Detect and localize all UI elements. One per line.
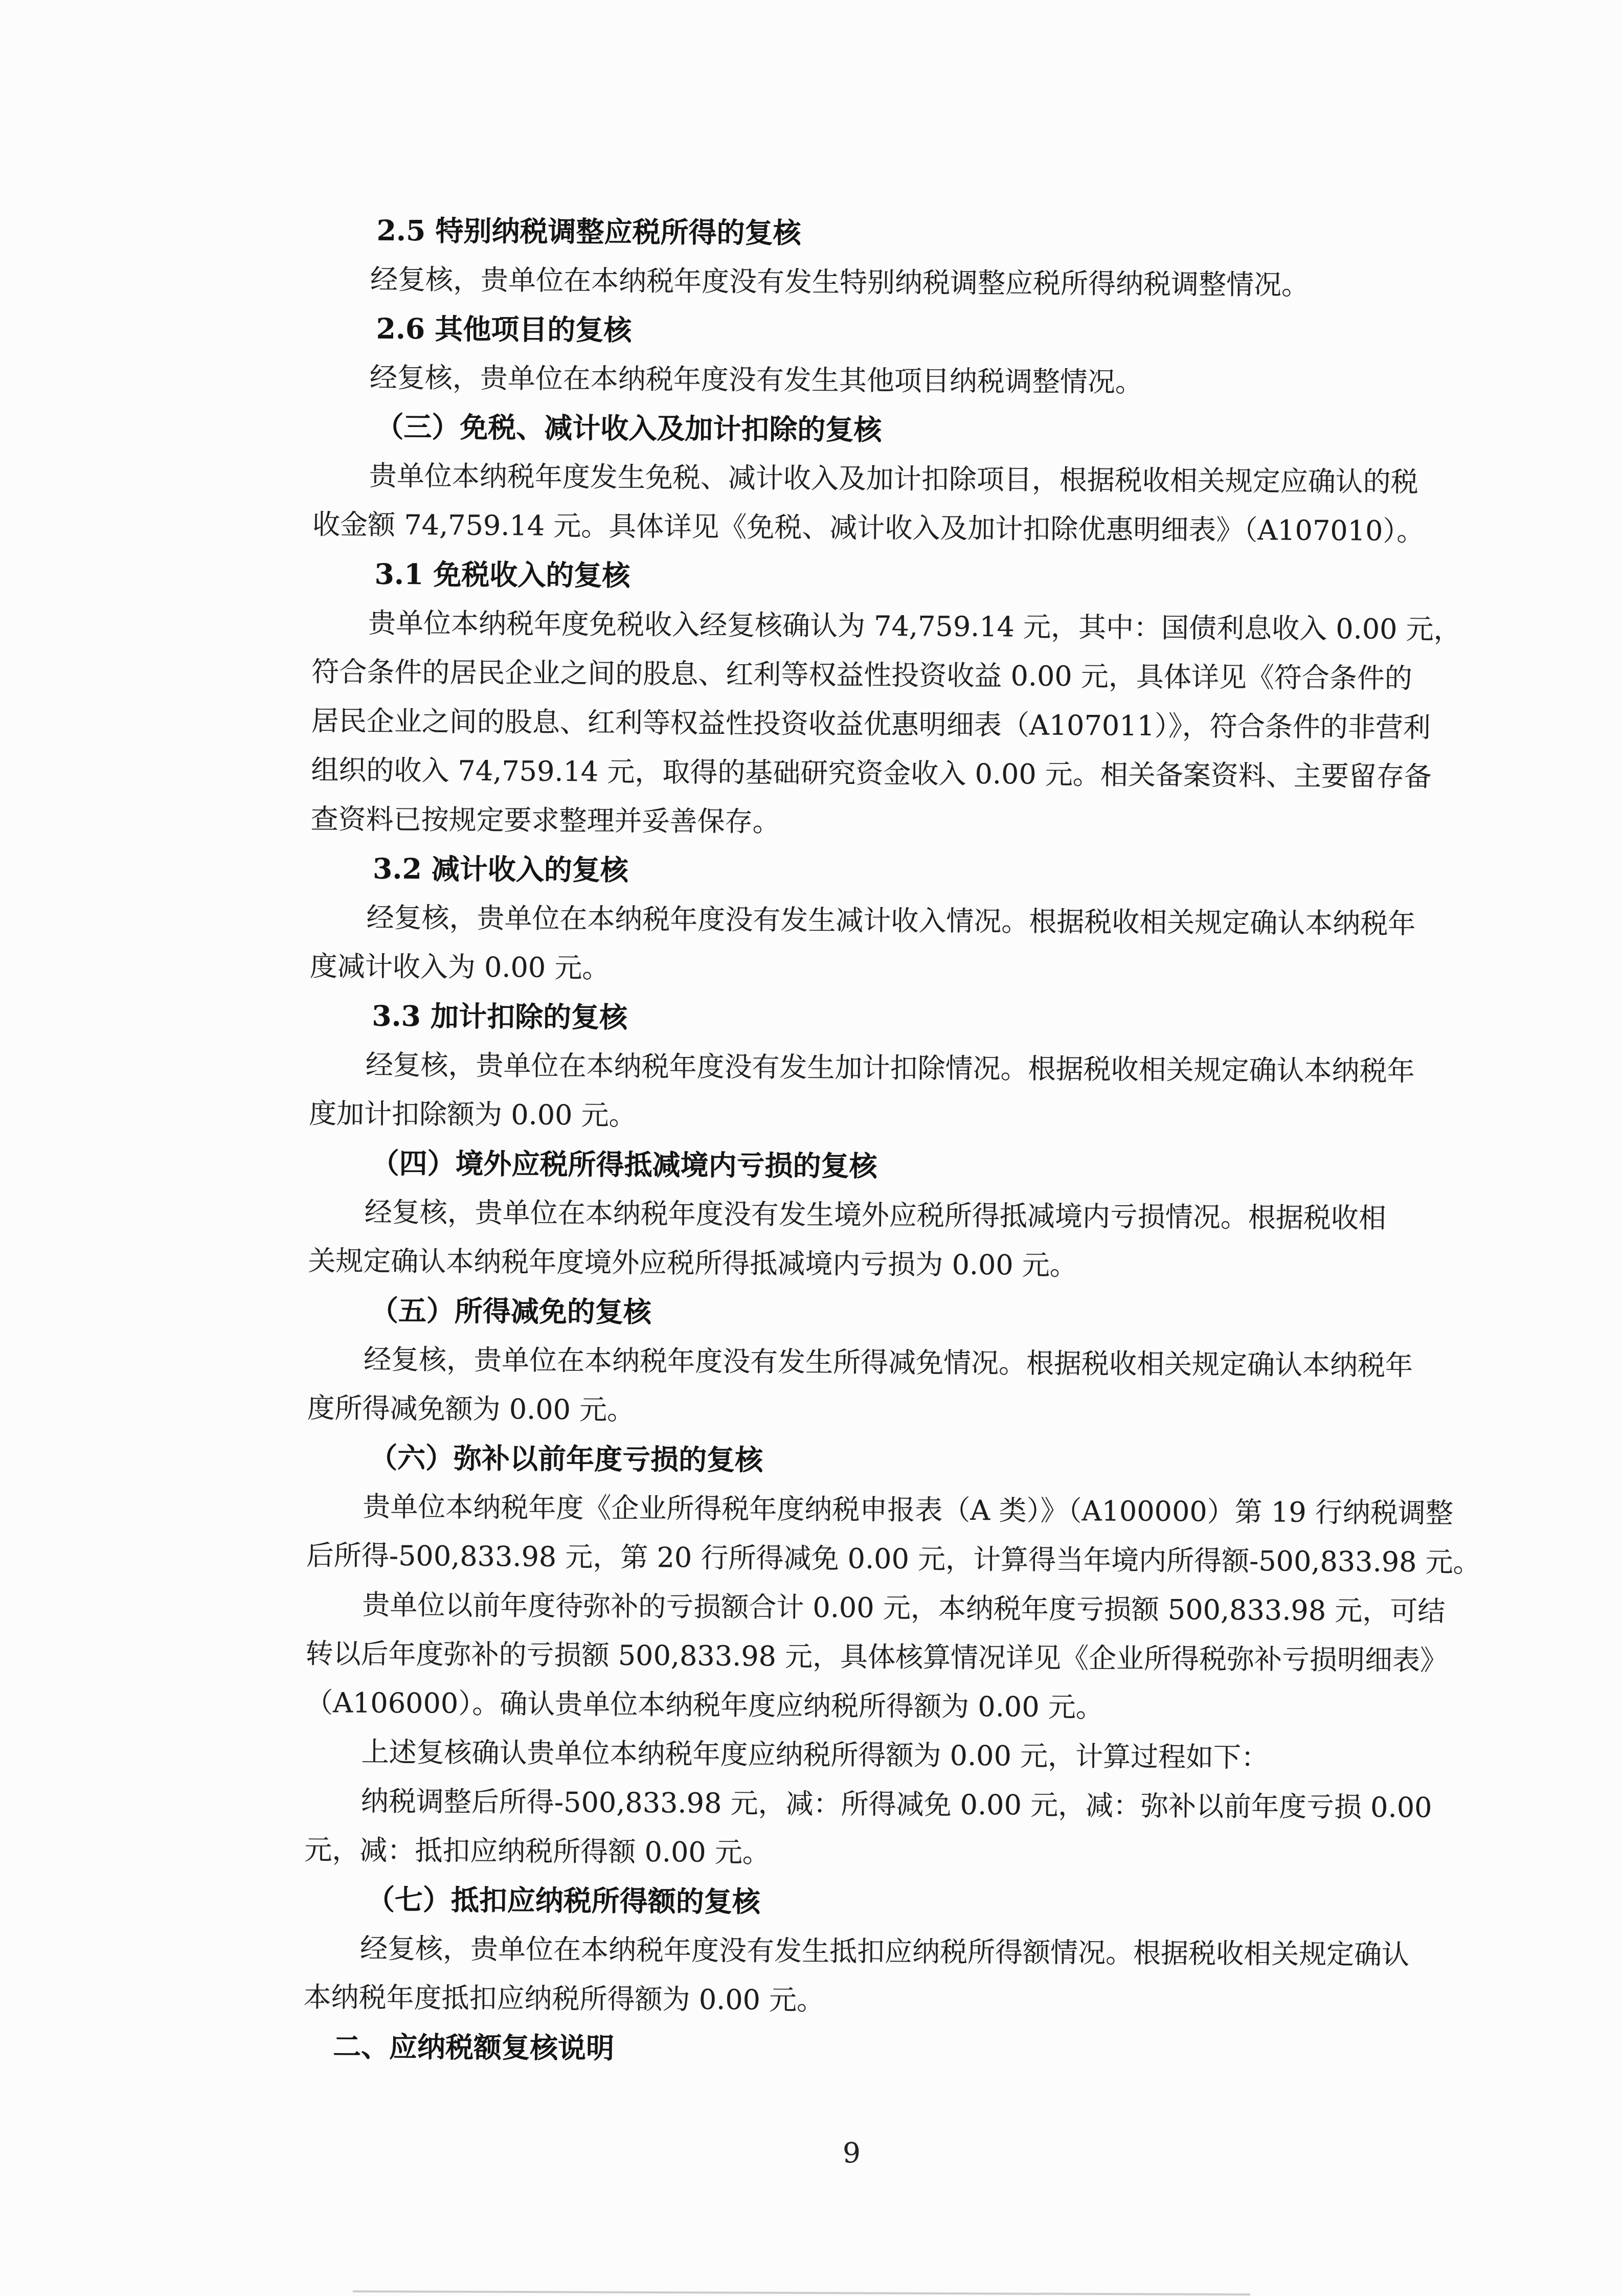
para-3-1: 贵单位本纳税年度免税收入经复核确认为 74,759.14 元，其中：国债利息收入… [310,598,1503,851]
para-2-5: 经复核，贵单位在本纳税年度没有发生特别纳税调整应税所得纳税调整情况。 [314,255,1506,311]
heading-part-2: 二、应纳税额复核说明 [303,2022,1495,2078]
heading-3-2: 3.2 减计收入的复核 [310,844,1502,900]
heading-3-3: 3.3 加计扣除的复核 [309,991,1501,1047]
heading-2-6: 2.6 其他项目的复核 [313,304,1505,360]
heading-3-1: 3.1 免税收入的复核 [312,549,1504,605]
para-calculation: 纳税调整后所得-500,833.98 元，减：所得减免 0.00 元，减：弥补以… [304,1776,1496,1882]
para-section-7: 经复核，贵单位在本纳税年度没有发生抵扣应纳税所得额情况。根据税收相关规定确认 本… [303,1924,1495,2029]
para-section-3: 贵单位本纳税年度发生免税、减计收入及加计扣除项目，根据税收相关规定应确认的税 收… [312,451,1504,556]
heading-section-6: （六）弥补以前年度亏损的复核 [307,1433,1499,1489]
heading-section-3: （三）免税、减计收入及加计扣除的复核 [313,402,1505,458]
para-section-4: 经复核，贵单位在本纳税年度没有发生境外应税所得抵减境内亏损情况。根据税收相 关规… [308,1187,1500,1293]
para-3-2: 经复核，贵单位在本纳税年度没有发生减计收入情况。根据税收相关规定确认本纳税年 度… [310,893,1502,998]
document-content: 2.5 特别纳税调整应税所得的复核 经复核，贵单位在本纳税年度没有发生特别纳税调… [303,206,1506,2078]
para-summary: 上述复核确认贵单位本纳税年度应纳税所得额为 0.00 元，计算过程如下： [305,1727,1497,1784]
heading-section-5: （五）所得减免的复核 [308,1286,1500,1342]
heading-2-5: 2.5 特别纳税调整应税所得的复核 [314,206,1506,262]
para-2-6: 经复核，贵单位在本纳税年度没有发生其他项目纳税调整情况。 [313,353,1505,409]
heading-section-7: （七）抵扣应纳税所得额的复核 [304,1875,1496,1931]
scan-artifact-line [353,2290,1250,2295]
para-section-6-2: 贵单位以前年度待弥补的亏损额合计 0.00 元，本纳税年度亏损额 500,833… [305,1580,1498,1735]
document-page: 2.5 特别纳税调整应税所得的复核 经复核，贵单位在本纳税年度没有发生特别纳税调… [0,0,1623,2296]
para-section-6-1: 贵单位本纳税年度《企业所得税年度纳税申报表（A 类）》（A100000）第 19… [306,1482,1498,1587]
heading-section-4: （四）境外应税所得抵减境内亏损的复核 [308,1138,1500,1195]
para-section-5: 经复核，贵单位在本纳税年度没有发生所得减免情况。根据税收相关规定确认本纳税年 度… [307,1335,1499,1440]
para-3-3: 经复核，贵单位在本纳税年度没有发生加计扣除情况。根据税收相关规定确认本纳税年 度… [309,1040,1501,1145]
page-number: 9 [843,2136,861,2169]
